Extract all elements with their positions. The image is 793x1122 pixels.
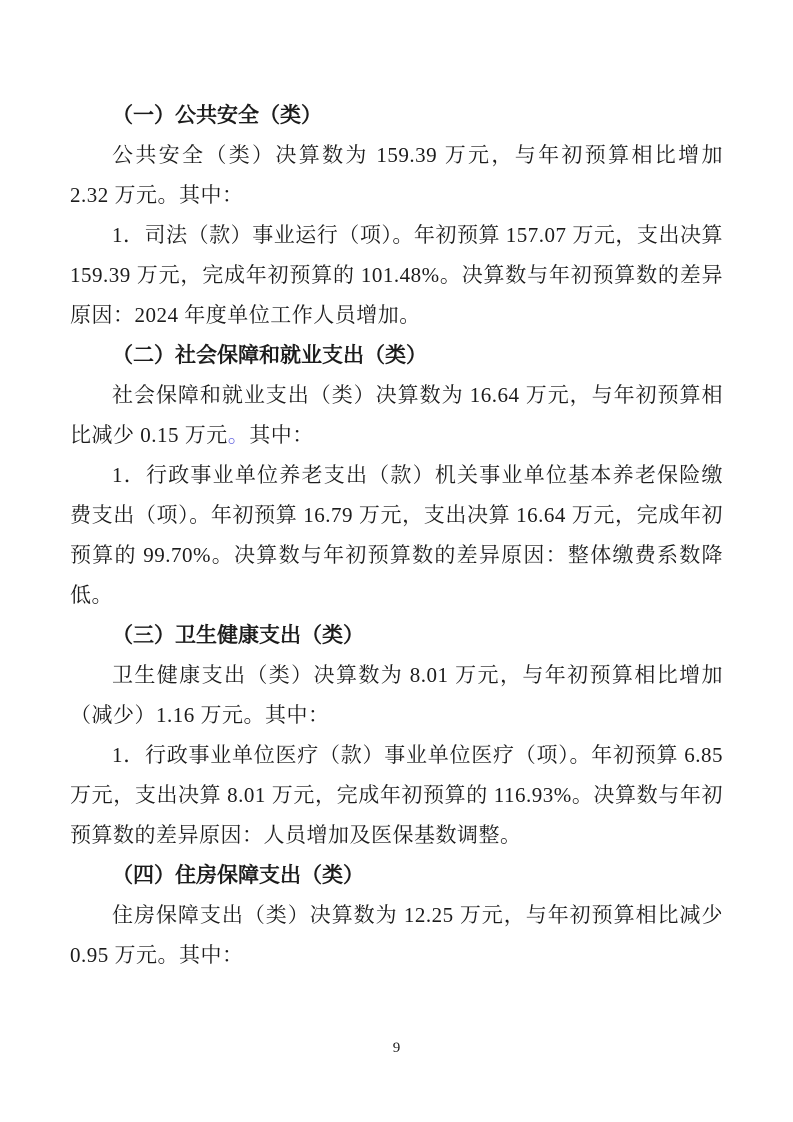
section-social-security-employment: （二）社会保障和就业支出（类） 社会保障和就业支出（类）决算数为 16.64 万… (70, 335, 723, 615)
body-paragraph: 1．行政事业单位养老支出（款）机关事业单位基本养老保险缴费支出（项）。年初预算 … (70, 455, 723, 615)
body-paragraph: 1．行政事业单位医疗（款）事业单位医疗（项）。年初预算 6.85 万元，支出决算… (70, 735, 723, 855)
section-heading: （一）公共安全（类） (70, 95, 723, 135)
section-public-safety: （一）公共安全（类） 公共安全（类）决算数为 159.39 万元，与年初预算相比… (70, 95, 723, 335)
document-body: （一）公共安全（类） 公共安全（类）决算数为 159.39 万元，与年初预算相比… (70, 95, 723, 975)
section-housing: （四）住房保障支出（类） 住房保障支出（类）决算数为 12.25 万元，与年初预… (70, 855, 723, 975)
section-heading: （二）社会保障和就业支出（类） (70, 335, 723, 375)
body-paragraph: 住房保障支出（类）决算数为 12.25 万元，与年初预算相比减少 0.95 万元… (70, 895, 723, 975)
page-number: 9 (0, 1038, 793, 1058)
body-paragraph: 公共安全（类）决算数为 159.39 万元，与年初预算相比增加 2.32 万元。… (70, 135, 723, 215)
section-health: （三）卫生健康支出（类） 卫生健康支出（类）决算数为 8.01 万元，与年初预算… (70, 615, 723, 855)
section-heading: （四）住房保障支出（类） (70, 855, 723, 895)
paragraph-text: 其中： (249, 423, 314, 447)
body-paragraph: 卫生健康支出（类）决算数为 8.01 万元，与年初预算相比增加（减少）1.16 … (70, 655, 723, 735)
document-page: （一）公共安全（类） 公共安全（类）决算数为 159.39 万元，与年初预算相比… (0, 0, 793, 1122)
body-paragraph: 1．司法（款）事业运行（项）。年初预算 157.07 万元，支出决算 159.3… (70, 215, 723, 335)
paragraph-text: 社会保障和就业支出（类）决算数为 16.64 万元，与年初预算相比减少 0.15… (70, 383, 723, 447)
blue-period: 。 (228, 423, 250, 447)
section-heading: （三）卫生健康支出（类） (70, 615, 723, 655)
body-paragraph: 社会保障和就业支出（类）决算数为 16.64 万元，与年初预算相比减少 0.15… (70, 375, 723, 455)
